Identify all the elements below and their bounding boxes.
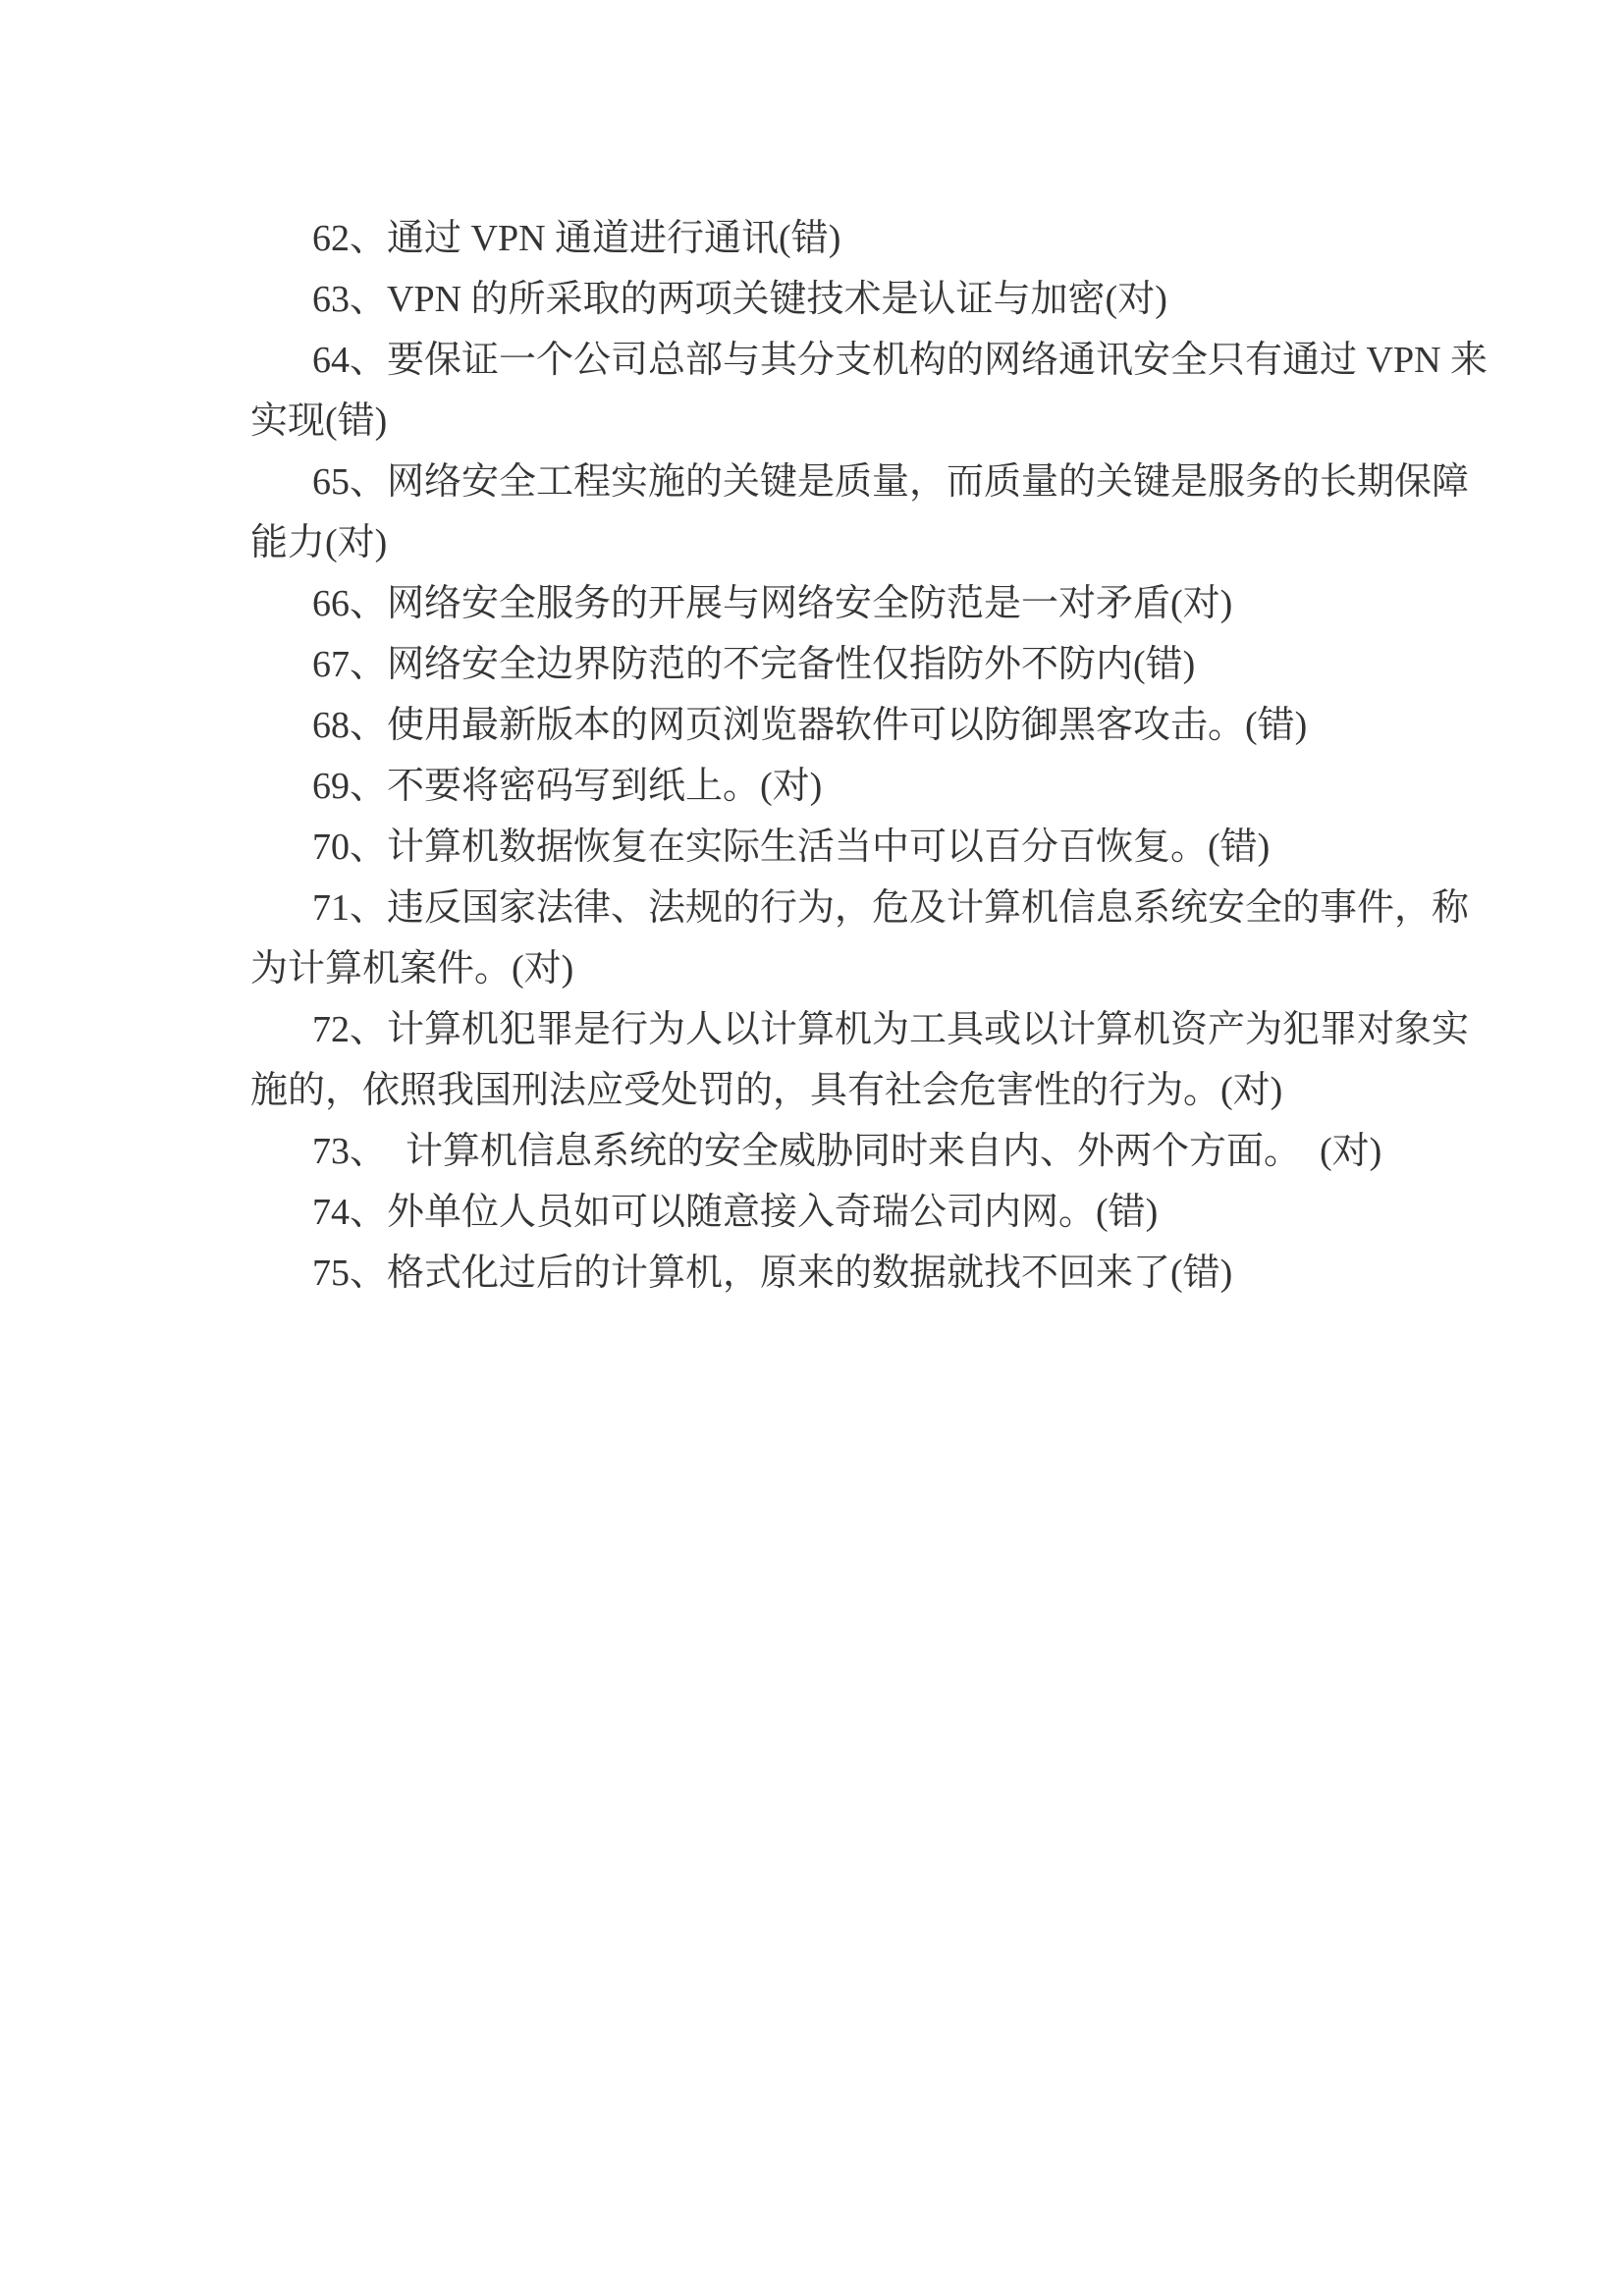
question-number: 65、 bbox=[312, 461, 387, 503]
question-text: 外单位人员如可以随意接入奇瑞公司内网。 bbox=[387, 1192, 1096, 1233]
document-page: 62、通过 VPN 通道进行通讯(错) 63、VPN 的所采取的两项关键技术是认… bbox=[0, 0, 1624, 2296]
question-item: 66、网络安全服务的开展与网络安全防范是一对矛盾(对) bbox=[250, 573, 1489, 634]
question-answer: (错) bbox=[1208, 817, 1270, 878]
question-answer: (错) bbox=[1170, 1243, 1232, 1304]
question-text: 使用最新版本的网页浏览器软件可以防御黑客攻击。 bbox=[387, 705, 1245, 746]
question-item: 72、计算机犯罪是行为人以计算机为工具或以计算机资产为犯罪对象实施的，依照我国刑… bbox=[250, 999, 1489, 1121]
question-text: 通过 VPN 通道进行通讯 bbox=[387, 218, 779, 259]
question-number: 72、 bbox=[312, 1009, 387, 1050]
question-item: 68、使用最新版本的网页浏览器软件可以防御黑客攻击。(错) bbox=[250, 695, 1489, 756]
question-answer: (对) bbox=[1106, 269, 1167, 330]
question-item: 71、违反国家法律、法规的行为，危及计算机信息系统安全的事件，称为计算机案件。(… bbox=[250, 878, 1489, 999]
question-text: 网络安全边界防范的不完备性仅指防外不防内 bbox=[387, 644, 1133, 685]
question-item: 75、格式化过后的计算机，原来的数据就找不回来了(错) bbox=[250, 1243, 1489, 1304]
question-item: 63、VPN 的所采取的两项关键技术是认证与加密(对) bbox=[250, 269, 1489, 330]
question-number: 75、 bbox=[312, 1253, 387, 1294]
question-text: 网络安全工程实施的关键是质量，而质量的关键是服务的长期保障能力 bbox=[250, 461, 1469, 563]
question-text: 计算机犯罪是行为人以计算机为工具或以计算机资产为犯罪对象实施的，依照我国刑法应受… bbox=[250, 1009, 1469, 1111]
question-text: 违反国家法律、法规的行为，危及计算机信息系统安全的事件，称为计算机案件。 bbox=[250, 887, 1469, 989]
question-item: 65、网络安全工程实施的关键是质量，而质量的关键是服务的长期保障能力(对) bbox=[250, 452, 1489, 573]
question-item: 74、外单位人员如可以随意接入奇瑞公司内网。(错) bbox=[250, 1182, 1489, 1243]
question-answer: (错) bbox=[1133, 634, 1195, 695]
question-answer: (对) bbox=[760, 756, 822, 817]
question-item: 69、不要将密码写到纸上。(对) bbox=[250, 756, 1489, 817]
question-text: 格式化过后的计算机，原来的数据就找不回来了 bbox=[387, 1253, 1170, 1294]
question-list: 62、通过 VPN 通道进行通讯(错) 63、VPN 的所采取的两项关键技术是认… bbox=[250, 208, 1489, 1304]
question-number: 68、 bbox=[312, 705, 387, 746]
question-number: 73、 bbox=[312, 1131, 368, 1172]
question-number: 63、 bbox=[312, 279, 387, 320]
question-number: 69、 bbox=[312, 766, 387, 807]
question-number: 66、 bbox=[312, 583, 387, 624]
question-answer: (对) bbox=[1220, 1060, 1282, 1121]
question-answer: (对) bbox=[325, 512, 387, 573]
question-number: 74、 bbox=[312, 1192, 387, 1233]
question-text: 要保证一个公司总部与其分支机构的网络通讯安全只有通过 VPN 来实现 bbox=[250, 340, 1488, 442]
question-item: 62、通过 VPN 通道进行通讯(错) bbox=[250, 208, 1489, 269]
question-number: 64、 bbox=[312, 340, 387, 381]
question-text: VPN 的所采取的两项关键技术是认证与加密 bbox=[387, 279, 1106, 320]
question-text: 网络安全服务的开展与网络安全防范是一对矛盾 bbox=[387, 583, 1170, 624]
question-answer: (对) bbox=[1170, 573, 1232, 634]
question-number: 62、 bbox=[312, 218, 387, 259]
question-number: 71、 bbox=[312, 887, 387, 929]
question-answer: (错) bbox=[779, 208, 840, 269]
question-number: 70、 bbox=[312, 827, 387, 868]
question-text: 计算机数据恢复在实际生活当中可以百分百恢复。 bbox=[387, 827, 1208, 868]
question-item: 73、 计算机信息系统的安全威胁同时来自内、外两个方面。 (对) bbox=[250, 1121, 1489, 1182]
question-item: 70、计算机数据恢复在实际生活当中可以百分百恢复。(错) bbox=[250, 817, 1489, 878]
question-answer: (对) bbox=[512, 938, 573, 999]
question-number: 67、 bbox=[312, 644, 387, 685]
question-text: 计算机信息系统的安全威胁同时来自内、外两个方面。 bbox=[368, 1131, 1320, 1172]
question-answer: (错) bbox=[325, 391, 387, 452]
question-item: 67、网络安全边界防范的不完备性仅指防外不防内(错) bbox=[250, 634, 1489, 695]
question-text: 不要将密码写到纸上。 bbox=[387, 766, 760, 807]
question-answer: (错) bbox=[1096, 1182, 1158, 1243]
question-item: 64、要保证一个公司总部与其分支机构的网络通讯安全只有通过 VPN 来实现(错) bbox=[250, 330, 1489, 452]
question-answer: (错) bbox=[1245, 695, 1307, 756]
question-answer: (对) bbox=[1320, 1121, 1381, 1182]
